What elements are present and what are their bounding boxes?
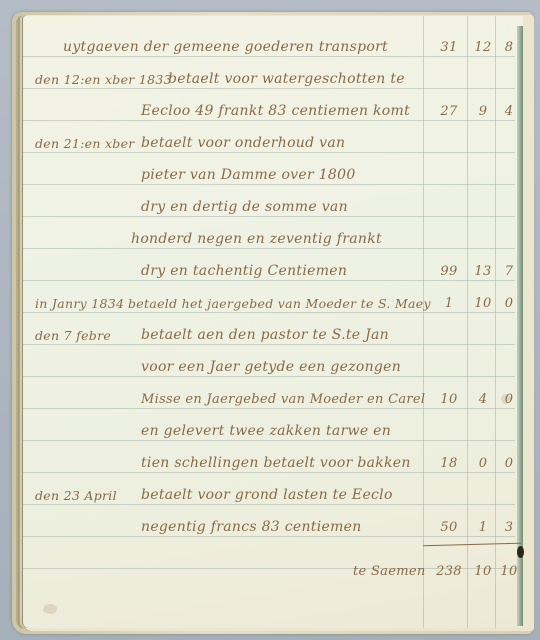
amount-shillings: 9	[469, 104, 497, 119]
ledger-row: dry en dertig de somme van	[23, 188, 523, 218]
amount-pence: 8	[497, 40, 521, 55]
ledger-row: tien schellingen betaelt voor bakken 18 …	[23, 444, 523, 474]
amount-pounds: 1	[429, 296, 469, 311]
entry-text: betaelt aen den pastor te S.te Jan	[141, 327, 389, 343]
ledger-page: uytgaeven der gemeene goederen transport…	[23, 16, 523, 628]
ink-blot	[517, 546, 524, 558]
entry-date: den 12:en xber 1833	[35, 72, 172, 87]
ledger-row: en gelevert twee zakken tarwe en	[23, 412, 523, 442]
amount-pounds: 99	[429, 264, 469, 279]
amount-pounds: 10	[429, 392, 469, 407]
amount-pounds: 31	[429, 40, 469, 55]
total-label: te Saemen	[353, 564, 426, 579]
amount-shillings: 0	[469, 456, 497, 471]
entry-date: den 21:en xber	[35, 136, 135, 151]
entry-text: betaeld het jaergebed van Moeder te S. M…	[128, 296, 431, 311]
total-pounds: 238	[429, 564, 469, 579]
ledger-row: in Janry 1834 betaeld het jaergebed van …	[23, 284, 523, 314]
ledger-row: honderd negen en zeventig frankt	[23, 220, 523, 250]
ledger-row: den 23 April betaelt voor grond lasten t…	[23, 476, 523, 506]
entry-text: Misse en Jaergebed van Moeder en Carel	[141, 392, 425, 407]
amount-pence: 0	[497, 296, 521, 311]
entry-text: Eecloo 49 frankt 83 centiemen komt	[141, 103, 410, 119]
amount-pounds: 27	[429, 104, 469, 119]
amount-shillings: 12	[469, 40, 497, 55]
entry-text: tien schellingen betaelt voor bakken	[141, 455, 411, 471]
ledger-row: dry en tachentig Centiemen 99 13 7	[23, 252, 523, 282]
paper-stain	[43, 604, 57, 614]
amount-shillings: 4	[469, 392, 497, 407]
ledger-row: pieter van Damme over 1800	[23, 156, 523, 186]
amount-pence: 4	[497, 104, 521, 119]
ledger-row: den 7 febre betaelt aen den pastor te S.…	[23, 316, 523, 346]
entry-text: en gelevert twee zakken tarwe en	[141, 423, 391, 439]
entry-text: dry en dertig de somme van	[141, 199, 348, 215]
entry-text: uytgaeven der gemeene goederen transport	[63, 39, 388, 55]
entry-text: betaelt voor grond lasten te Eeclo	[141, 487, 393, 503]
ledger-row: voor een Jaer getyde een gezongen	[23, 348, 523, 378]
amount-shillings: 1	[469, 520, 497, 535]
entry-date: den 7 febre	[35, 328, 111, 343]
entry-text: voor een Jaer getyde een gezongen	[141, 359, 401, 375]
amount-pence: 3	[497, 520, 521, 535]
total-shillings: 10	[469, 564, 497, 579]
entry-text: honderd negen en zeventig frankt	[131, 231, 382, 247]
amount-pounds: 18	[429, 456, 469, 471]
ledger-row: Eecloo 49 frankt 83 centiemen komt 27 9 …	[23, 92, 523, 122]
amount-pence: 7	[497, 264, 521, 279]
total-row: te Saemen 238 10 10	[23, 552, 523, 582]
entry-text: betaelt voor watergeschotten te	[168, 71, 405, 87]
ledger-row: den 21:en xber betaelt voor onderhoud va…	[23, 124, 523, 154]
entry-text: negentig francs 83 centiemen	[141, 519, 362, 535]
sum-underline	[423, 543, 521, 547]
entry-text: pieter van Damme over 1800	[141, 167, 356, 183]
ledger-row: Misse en Jaergebed van Moeder en Carel 1…	[23, 380, 523, 410]
amount-shillings: 10	[469, 296, 497, 311]
ledger-row: den 12:en xber 1833 betaelt voor waterge…	[23, 60, 523, 90]
entry-date: den 23 April	[35, 488, 117, 503]
amount-shillings: 13	[469, 264, 497, 279]
ledger-row: uytgaeven der gemeene goederen transport…	[23, 28, 523, 58]
entry-text: dry en tachentig Centiemen	[141, 263, 347, 279]
entry-text: betaelt voor onderhoud van	[141, 135, 345, 151]
amount-pence: 0	[497, 456, 521, 471]
amount-pounds: 50	[429, 520, 469, 535]
paper-stain	[501, 394, 511, 404]
total-pence: 10	[497, 564, 521, 579]
entry-date: in Janry 1834	[35, 296, 124, 311]
ledger-row: negentig francs 83 centiemen 50 1 3	[23, 508, 523, 538]
